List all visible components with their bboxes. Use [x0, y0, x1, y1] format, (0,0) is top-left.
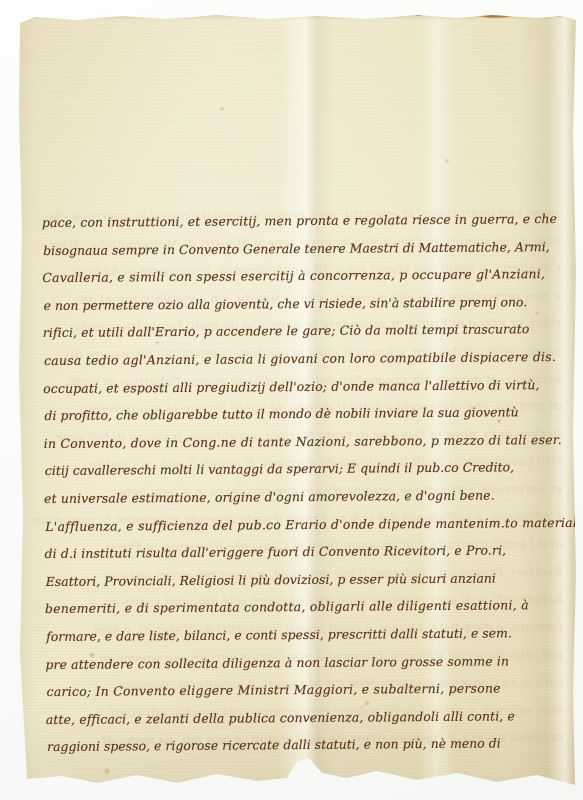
manuscript-line: et universale estimatione, origine d'ogn…: [44, 481, 562, 513]
manuscript-line: e non permettere ozio alla gioventù, che…: [43, 288, 560, 320]
manuscript-line: formare, e dare liste, bilanci, e conti …: [46, 619, 563, 651]
manuscript-line: in Convento, dove in Cong.ne di tante Na…: [44, 426, 562, 458]
manuscript-line: bisognaua sempre in Convento Generale te…: [43, 233, 560, 265]
manuscript-line: occupati, et esposti alli pregiudizij de…: [43, 371, 561, 403]
manuscript-line: atte, efficaci, e zelanti della publica …: [46, 702, 564, 734]
manuscript-page: pace, con instruttioni, et esercitij, me…: [17, 13, 578, 793]
manuscript-line: di d.i instituti risulta dall'eriggere f…: [44, 536, 562, 568]
manuscript-line: di profitto, che obligarebbe tutto il mo…: [44, 398, 561, 430]
manuscript-line: Cavalleria, e simili con spessi eserciti…: [42, 260, 560, 292]
manuscript-line: pace, con instruttioni, et esercitij, me…: [42, 205, 560, 237]
manuscript-line: causa tedio agl'Anziani, e lascia li gio…: [44, 343, 561, 375]
manuscript-line: benemeriti, e di sperimentata condotta, …: [45, 591, 563, 623]
manuscript-text: pace, con instruttioni, et esercitij, me…: [42, 205, 564, 761]
manuscript-line: pre attendere con sollecita diligenza à …: [45, 646, 563, 678]
manuscript-line: L'affluenza, e sufficienza del pub.co Er…: [45, 508, 562, 540]
manuscript-line: raggioni spesso, e rigorose ricercate da…: [47, 729, 564, 761]
manuscript-line: citij cavallereschi molti li vantaggi da…: [45, 453, 562, 485]
manuscript-line: Esattori, Provinciali, Religiosi li più …: [46, 564, 563, 596]
manuscript-line: carico; In Convento eliggere Ministri Ma…: [47, 674, 564, 706]
manuscript-line: rifici, et utili dall'Erario, p accender…: [43, 315, 561, 347]
